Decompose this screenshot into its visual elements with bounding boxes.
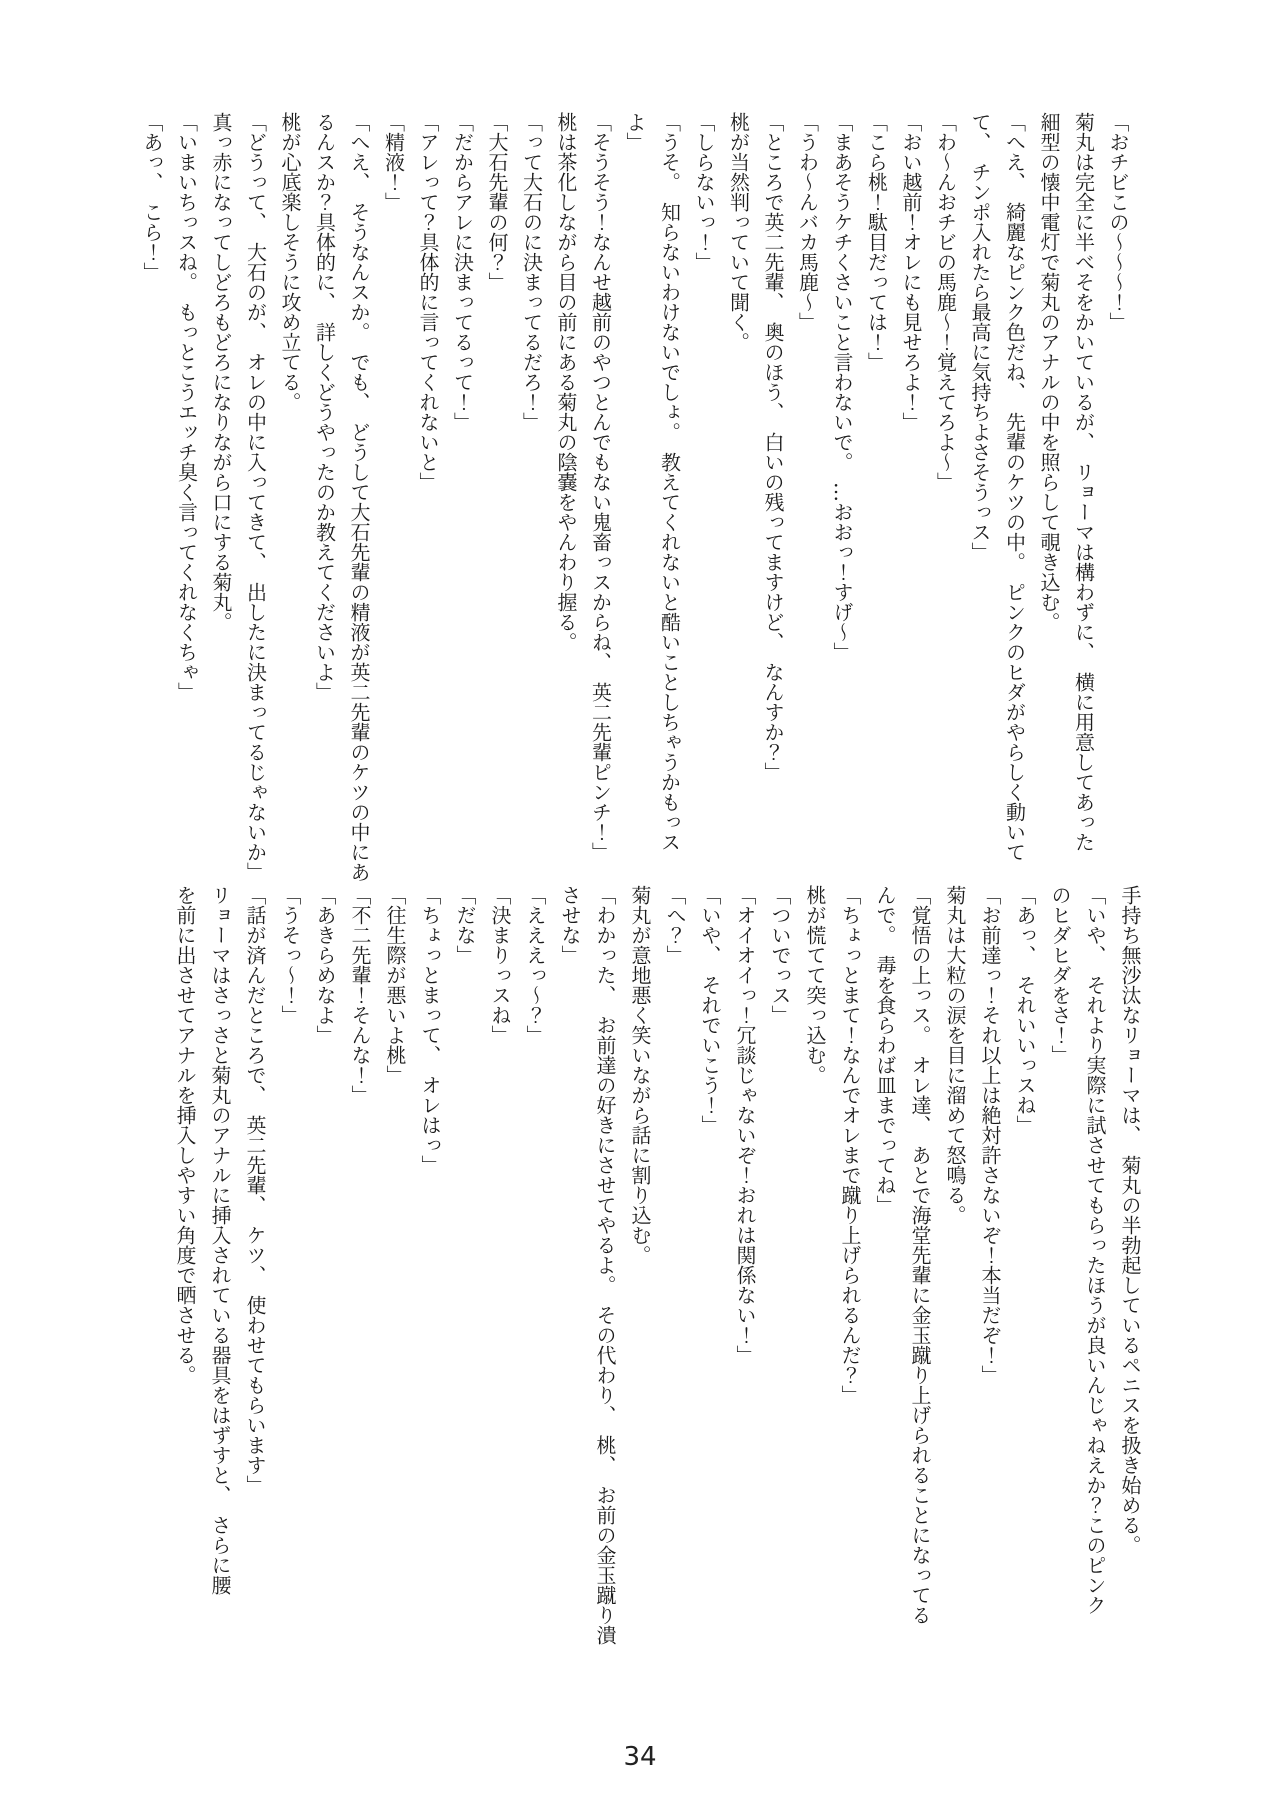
text-line: 桃は茶化しながら目の前にある菊丸の陰嚢をやんわり握る。 [549, 112, 584, 887]
text-line: 菊丸は完全に半べそをかいているが、 リョーマは構わずに、 横に用意してあった [1066, 112, 1101, 887]
text-line: 「へ？」 [657, 885, 692, 1660]
text-line: 「精液！」 [376, 112, 411, 887]
text-line: 「こら桃！駄目だっては！」 [859, 112, 894, 887]
text-line: 「えええっ～？」 [517, 885, 552, 1660]
text-line: 「いや、 それでいこう！」 [692, 885, 727, 1660]
text-line: 「うわ～んバカ馬鹿～」 [790, 112, 825, 887]
text-line: 「あっ、 それいいっスね」 [1007, 885, 1042, 1660]
text-line: 「決まりっスね」 [482, 885, 517, 1660]
text-line: 「どうって、 大石のが、 オレの中に入ってきて、 出したに決まってるじゃないか」 [238, 112, 273, 887]
text-line: 「いまいちっスね。 もっとこうエッチ臭く言ってくれなくちゃ」 [169, 112, 204, 887]
text-line: 「アレって？具体的に言ってくれないと」 [411, 112, 446, 887]
text-line: 「ちょっとまて！なんでオレまで蹴り上げられるんだ？」 [832, 885, 867, 1660]
vertical-text-block-top: 「おチビこの～～～！」菊丸は完全に半べそをかいているが、 リョーマは構わずに、 … [135, 112, 1136, 887]
text-line: 「おチビこの～～～！」 [1101, 112, 1136, 887]
text-line: よ」 [618, 112, 653, 887]
text-line: 「って大石のに決まってるだろ！」 [514, 112, 549, 887]
text-line: 「そうそう！なんせ越前のやつとんでもない鬼畜っスからね、 英二先輩ピンチ！」 [583, 112, 618, 887]
text-line: 「話が済んだところで、 英二先輩、 ケツ、 使わせてもらいます」 [237, 885, 272, 1660]
text-line: 「わ～んおチビの馬鹿～！覚えてろよ～」 [928, 112, 963, 887]
text-line: 「ついでっス」 [762, 885, 797, 1660]
text-line: 「いや、 それより実際に試させてもらったほうが良いんじゃねえか？このピンク [1077, 885, 1112, 1660]
text-line: 「おい越前！オレにも見せろよ！」 [894, 112, 929, 887]
text-line: 「ちょっとまって、 オレはっ」 [412, 885, 447, 1660]
text-line: 「へえ、 綺麗なピンク色だね、 先輩のケツの中。 ピンクのヒダがやらしく動いて [997, 112, 1032, 887]
text-line: リョーマはさっさと菊丸のアナルに挿入されている器具をはずすと、 さらに腰 [202, 885, 237, 1660]
text-line: んで。 毒を食らわば皿までってね」 [867, 885, 902, 1660]
text-line: 「オイオイっ！冗談じゃないぞ！おれは関係ない！」 [727, 885, 762, 1660]
text-line: 「お前達っ！それ以上は絶対許さないぞ！本当だぞ！」 [972, 885, 1007, 1660]
text-line: 手持ち無沙汰なリョーマは、 菊丸の半勃起しているペニスを扱き始める。 [1112, 885, 1147, 1660]
text-line: 「うそ。 知らないわけないでしょ。 教えてくれないと酷いことしちゃうかもっス [652, 112, 687, 887]
document-page: 「おチビこの～～～！」菊丸は完全に半べそをかいているが、 リョーマは構わずに、 … [0, 0, 1280, 1807]
text-line: 「あきらめなよ」 [307, 885, 342, 1660]
text-line: 「ところで英二先輩、 奥のほう、 白いの残ってますけど、 なんすか？」 [756, 112, 791, 887]
text-line: 「しらないっ！」 [687, 112, 722, 887]
text-line: 「わかった、 お前達の好きにさせてやるよ。 その代わり、 桃、 お前の金玉蹴り潰 [587, 885, 622, 1660]
text-line: 「まあそうケチくさいこと言わないで。 …おおっ！すげ～」 [825, 112, 860, 887]
text-line: のヒダヒダをさ！」 [1042, 885, 1077, 1660]
text-line: 「覚悟の上っス。 オレ達、 あとで海堂先輩に金玉蹴り上げられることになってる [902, 885, 937, 1660]
text-line: 「往生際が悪いよ桃」 [377, 885, 412, 1660]
text-line: 真っ赤になってしどろもどろになりながら口にする菊丸。 [204, 112, 239, 887]
text-line: 「大石先輩の何？」 [480, 112, 515, 887]
text-line: 「へえ、 そうなんスか。 でも、 どうして大石先輩の精液が英二先輩のケツの中にあ [342, 112, 377, 887]
text-line: 「あっ、 こら！」 [135, 112, 170, 887]
text-line: て、 チンポ入れたら最高に気持ちよさそうっス」 [963, 112, 998, 887]
text-line: るんスか？具体的に、 詳しくどうやったのか教えてくださいよ」 [307, 112, 342, 887]
text-line: 細型の懐中電灯で菊丸のアナルの中を照らして覗き込む。 [1032, 112, 1067, 887]
text-line: 「だからアレに決まってるって！」 [445, 112, 480, 887]
text-line: 菊丸が意地悪く笑いながら話に割り込む。 [622, 885, 657, 1660]
text-line: 「うそっ～！」 [272, 885, 307, 1660]
text-line: 桃が当然判っていて聞く。 [721, 112, 756, 887]
text-line: させな」 [552, 885, 587, 1660]
vertical-text-block-bottom: 手持ち無沙汰なリョーマは、 菊丸の半勃起しているペニスを扱き始める。「いや、 そ… [167, 885, 1147, 1660]
text-line: 「不二先輩！そんな！」 [342, 885, 377, 1660]
page-number: 34 [0, 1742, 1280, 1772]
text-line: 「だな」 [447, 885, 482, 1660]
text-line: 桃が慌てて突っ込む。 [797, 885, 832, 1660]
text-line: 桃が心底楽しそうに攻め立てる。 [273, 112, 308, 887]
text-line: 菊丸は大粒の涙を目に溜めて怒鳴る。 [937, 885, 972, 1660]
text-line: を前に出させてアナルを挿入しやすい角度で晒させる。 [167, 885, 202, 1660]
